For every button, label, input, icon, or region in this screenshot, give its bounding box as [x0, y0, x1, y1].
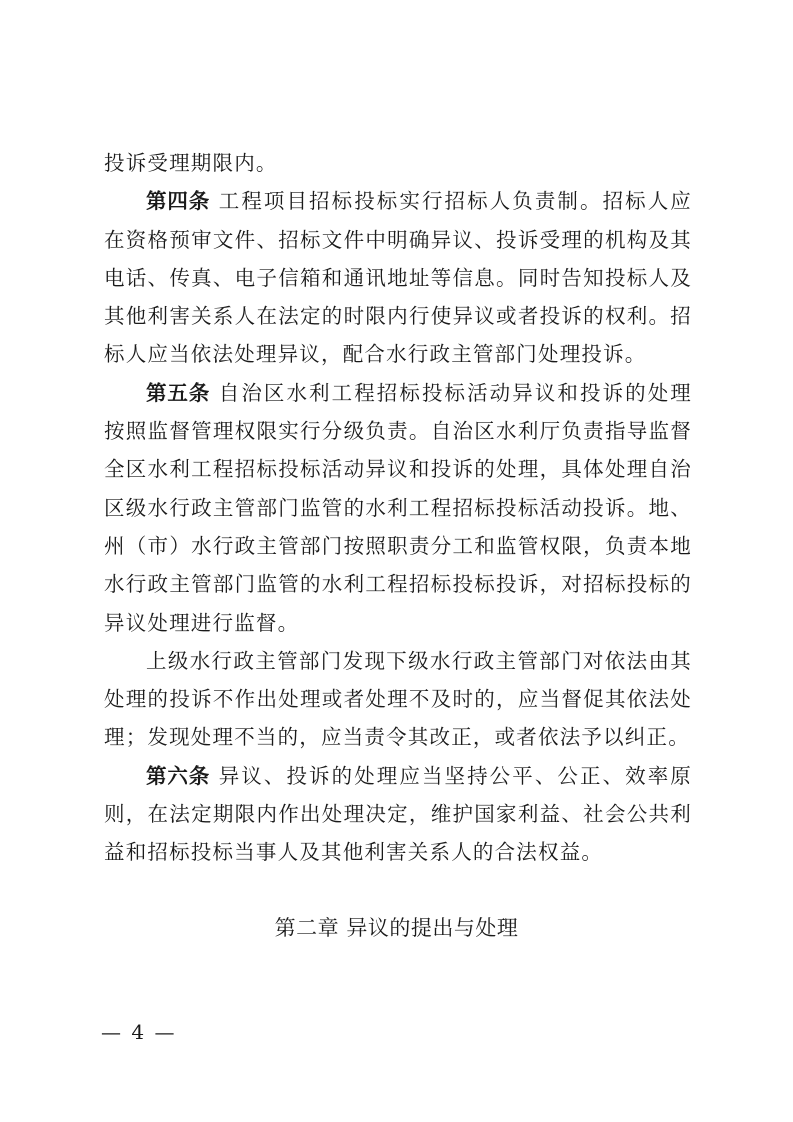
article-label: 第五条 — [146, 381, 210, 405]
article-label: 第六条 — [146, 764, 210, 788]
article-6: 第六条 异议、投诉的处理应当坚持公平、公正、效率原则，在法定期限内作出处理决定，… — [104, 757, 692, 872]
article-label: 第四条 — [146, 189, 210, 213]
article-5: 第五条 自治区水利工程招标投标活动异议和投诉的处理按照监督管理权限实行分级负责。… — [104, 374, 692, 642]
paragraph-text: 工程项目招标投标实行招标人负责制。招标人应在资格预审文件、招标文件中明确异议、投… — [104, 189, 692, 366]
document-body: 投诉受理期限内。 第四条 工程项目招标投标实行招标人负责制。招标人应在资格预审文… — [104, 144, 692, 872]
paragraph-continuation: 投诉受理期限内。 — [104, 144, 692, 182]
article-4: 第四条 工程项目招标投标实行招标人负责制。招标人应在资格预审文件、招标文件中明确… — [104, 182, 692, 373]
paragraph-text: 自治区水利工程招标投标活动异议和投诉的处理按照监督管理权限实行分级负责。自治区水… — [104, 381, 692, 635]
paragraph-text: 投诉受理期限内。 — [104, 151, 278, 175]
page-number: — 4 — — [101, 1020, 176, 1044]
article-5-clause-2: 上级水行政主管部门发现下级水行政主管部门对依法由其处理的投诉不作出处理或者处理不… — [104, 642, 692, 757]
paragraph-text: 上级水行政主管部门发现下级水行政主管部门对依法由其处理的投诉不作出处理或者处理不… — [104, 649, 692, 750]
chapter-heading: 第二章 异议的提出与处理 — [0, 912, 793, 942]
